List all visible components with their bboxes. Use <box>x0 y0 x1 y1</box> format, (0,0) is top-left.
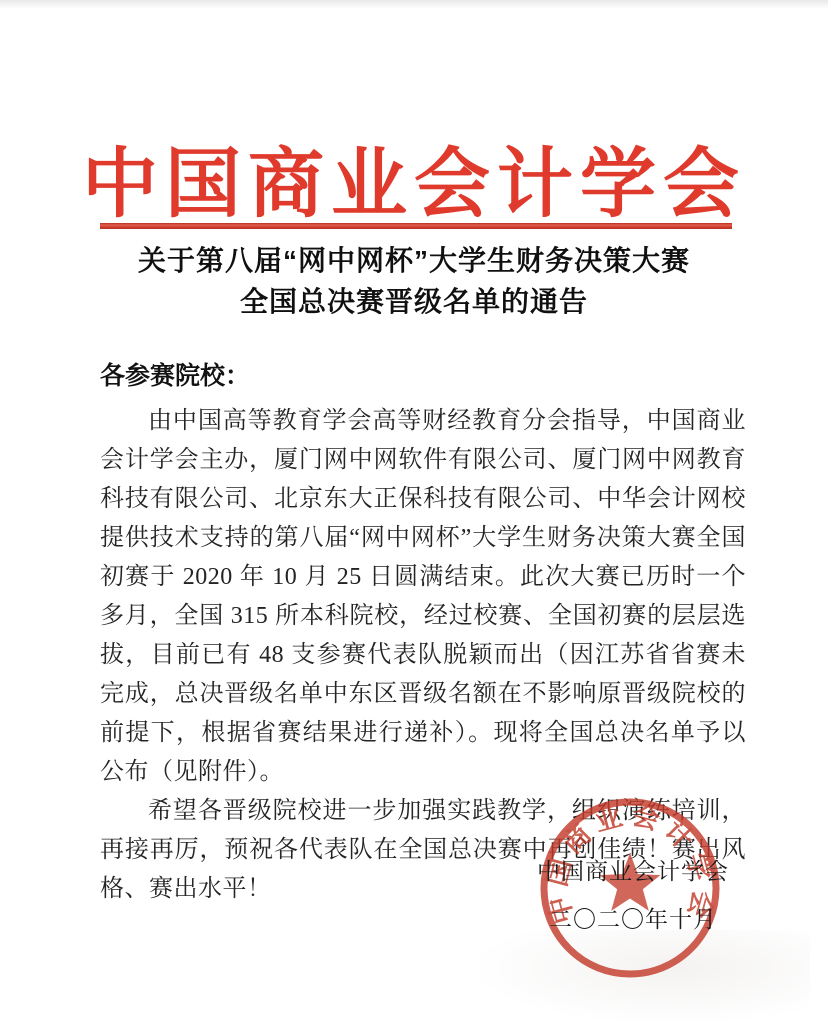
signature-date: 二〇二〇年十月 <box>535 906 731 934</box>
document-title-line1: 关于第八届“网中网杯”大学生财务决策大赛 <box>0 240 828 281</box>
letterhead-title: 中国商业会计学会 <box>0 135 828 235</box>
document-title: 关于第八届“网中网杯”大学生财务决策大赛 全国总决赛晋级名单的通告 <box>0 240 828 322</box>
document-page: 中国商业会计学会 关于第八届“网中网杯”大学生财务决策大赛 全国总决赛晋级名单的… <box>0 0 828 1025</box>
salutation: 各参赛院校： <box>100 360 746 392</box>
body-paragraph-1: 由中国高等教育学会高等财经教育分会指导，中国商业会计学会主办，厦门网中网软件有限… <box>100 402 746 792</box>
letterhead-rule <box>100 223 732 229</box>
page-top-shade <box>0 0 828 10</box>
signature-block: 中国商业会计学会 二〇二〇年十月 <box>535 858 731 934</box>
signature-org: 中国商业会计学会 <box>535 858 731 886</box>
document-title-line2: 全国总决赛晋级名单的通告 <box>0 281 828 322</box>
